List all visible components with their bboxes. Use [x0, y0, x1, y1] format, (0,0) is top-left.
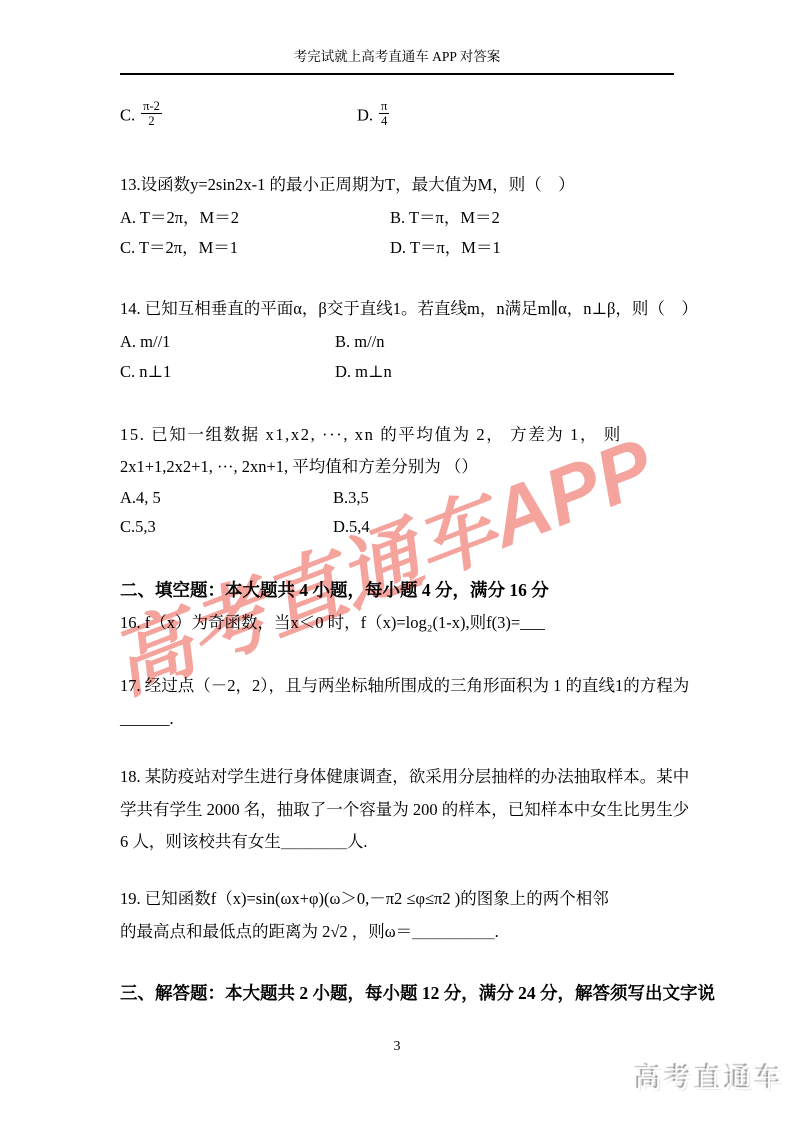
question-13-option-c: C. T＝2π，M＝1 — [120, 237, 238, 258]
fraction-d-numerator: π — [379, 99, 389, 114]
question-18-stem-line1: 18. 某防疫站对学生进行身体健康调查，欲采用分层抽样的办法抽取样本。某中 — [120, 766, 689, 787]
header-divider — [120, 73, 674, 75]
exam-page: 高考直通车APP 考完试就上高考直通车 APP 对答案 C.π-22 D.π4 … — [0, 0, 793, 1122]
question-16-stem: 16. f（x）为奇函数，当x＜0 时，f（x)=log₂(1-x),则f(3)… — [120, 612, 545, 633]
question-13-option-a: A. T＝2π，M＝2 — [120, 207, 239, 228]
page-number: 3 — [120, 1038, 674, 1056]
question-15-option-b: B.3,5 — [333, 487, 369, 508]
fraction-c-numerator: π-2 — [141, 99, 162, 114]
fraction-d-denominator: 4 — [379, 114, 389, 128]
section-2-heading: 二、填空题：本大题共 4 小题，每小题 4 分，满分 16 分 — [120, 579, 549, 602]
fraction-c: π-22 — [141, 99, 162, 129]
question-15-stem-line2: 2x1+1,2x2+1, ···, 2xn+1, 平均值和方差分别为 （） — [120, 456, 478, 477]
page-header-title: 考完试就上高考直通车 APP 对答案 — [120, 48, 674, 66]
carry-option-d: D.π4 — [357, 102, 389, 132]
question-13-stem: 13.设函数y=2sin2x-1 的最小正周期为T，最大值为M，则（ ） — [120, 174, 575, 195]
question-15-option-c: C.5,3 — [120, 516, 156, 537]
question-17-answer-blank: ______. — [120, 708, 174, 729]
carry-option-d-label: D. — [357, 106, 373, 125]
section-3-heading: 三、解答题：本大题共 2 小题，每小题 12 分，满分 24 分，解答须写出文字… — [120, 982, 715, 1005]
question-14-option-b: B. m//n — [335, 331, 385, 352]
question-19-stem-line2: 的最高点和最低点的距离为 2√2 ，则ω＝＿＿＿＿＿. — [120, 921, 499, 942]
question-13-option-b: B. T＝π，M＝2 — [390, 207, 500, 228]
question-15-option-a: A.4, 5 — [120, 487, 161, 508]
fraction-d: π4 — [379, 99, 389, 129]
question-14-stem: 14. 已知互相垂直的平面α，β交于直线1。若直线m，n满足m∥α，n⊥β，则（… — [120, 298, 698, 319]
question-18-stem-line2: 学共有学生 2000 名，抽取了一个容量为 200 的样本，已知样本中女生比男生… — [120, 799, 689, 820]
carry-option-c: C.π-22 — [120, 102, 162, 132]
question-14-option-a: A. m//1 — [120, 331, 170, 352]
question-18-stem-line3: 6 人，则该校共有女生＿＿＿＿人. — [120, 831, 368, 852]
question-15-stem-line1: 15. 已知一组数据 x1,x2, ···, xn 的平均值为 2， 方差为 1… — [120, 424, 622, 445]
question-17-stem-line1: 17. 经过点（－2，2），且与两坐标轴所围成的三角形面积为 1 的直线1的方程… — [120, 675, 689, 696]
question-15-option-d: D.5,4 — [333, 516, 370, 537]
watermark-text: 高考直通车APP — [92, 402, 668, 715]
question-13-option-d: D. T＝π，M＝1 — [390, 237, 501, 258]
footer-logo: 高考直通车 — [635, 1062, 785, 1097]
fraction-c-denominator: 2 — [146, 114, 156, 128]
question-14-option-d: D. m⊥n — [335, 361, 392, 382]
question-14-option-c: C. n⊥1 — [120, 361, 171, 382]
carry-option-c-label: C. — [120, 106, 135, 125]
watermark: 高考直通车APP — [40, 356, 721, 761]
question-19-stem-line1: 19. 已知函数f（x)=sin(ωx+φ)(ω＞0,－π2 ≤φ≤π2 )的图… — [120, 888, 609, 909]
